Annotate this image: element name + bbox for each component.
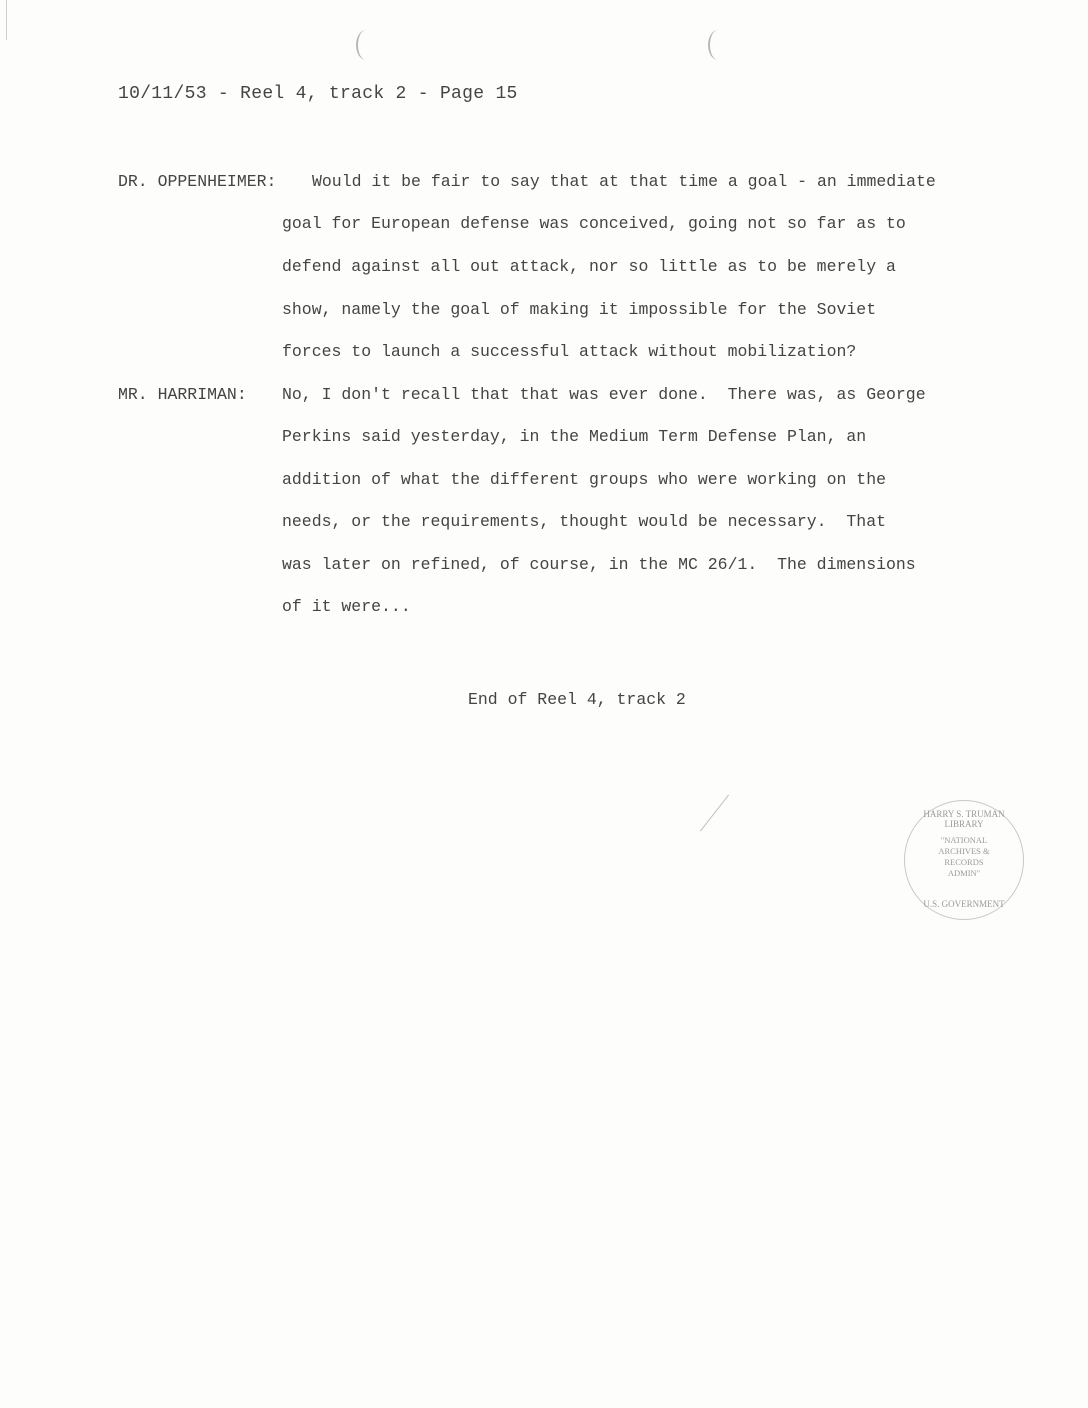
stamp-ring-bottom: U.S. GOVERNMENT — [905, 899, 1023, 909]
stamp-ring-top: HARRY S. TRUMAN LIBRARY — [905, 809, 1023, 829]
punch-hole-mark — [708, 30, 728, 60]
stamp-center: "NATIONAL ARCHIVES & RECORDS ADMIN" — [927, 835, 1001, 879]
stamp-line: ADMIN" — [927, 868, 1001, 879]
punch-hole-mark — [356, 30, 376, 60]
transcript-line: needs, or the requirements, thought woul… — [282, 512, 886, 531]
transcript-line: goal for European defense was conceived,… — [282, 214, 906, 233]
stamp-line: RECORDS — [927, 857, 1001, 868]
transcript-line: No, I don't recall that that was ever do… — [282, 385, 926, 404]
transcript-line: was later on refined, of course, in the … — [282, 555, 916, 574]
transcript-line: of it were... — [282, 597, 411, 616]
speaker-label: MR. HARRIMAN: — [118, 385, 247, 404]
end-of-track-note: End of Reel 4, track 2 — [468, 690, 686, 709]
transcript-line: forces to launch a successful attack wit… — [282, 342, 856, 361]
page-header: 10/11/53 - Reel 4, track 2 - Page 15 — [118, 84, 518, 104]
pencil-mark — [700, 795, 729, 832]
transcript-line: show, namely the goal of making it impos… — [282, 300, 876, 319]
stamp-line: ARCHIVES & — [927, 846, 1001, 857]
page-edge-mark — [6, 0, 7, 40]
transcript-line: addition of what the different groups wh… — [282, 470, 886, 489]
stamp-line: "NATIONAL — [927, 835, 1001, 846]
transcript-line: Would it be fair to say that at that tim… — [312, 172, 936, 191]
speaker-label: DR. OPPENHEIMER: — [118, 172, 276, 191]
document-page: 10/11/53 - Reel 4, track 2 - Page 15 DR.… — [0, 0, 1088, 1408]
archive-stamp: HARRY S. TRUMAN LIBRARY "NATIONAL ARCHIV… — [904, 800, 1024, 920]
transcript-line: Perkins said yesterday, in the Medium Te… — [282, 427, 866, 446]
transcript-line: defend against all out attack, nor so li… — [282, 257, 896, 276]
